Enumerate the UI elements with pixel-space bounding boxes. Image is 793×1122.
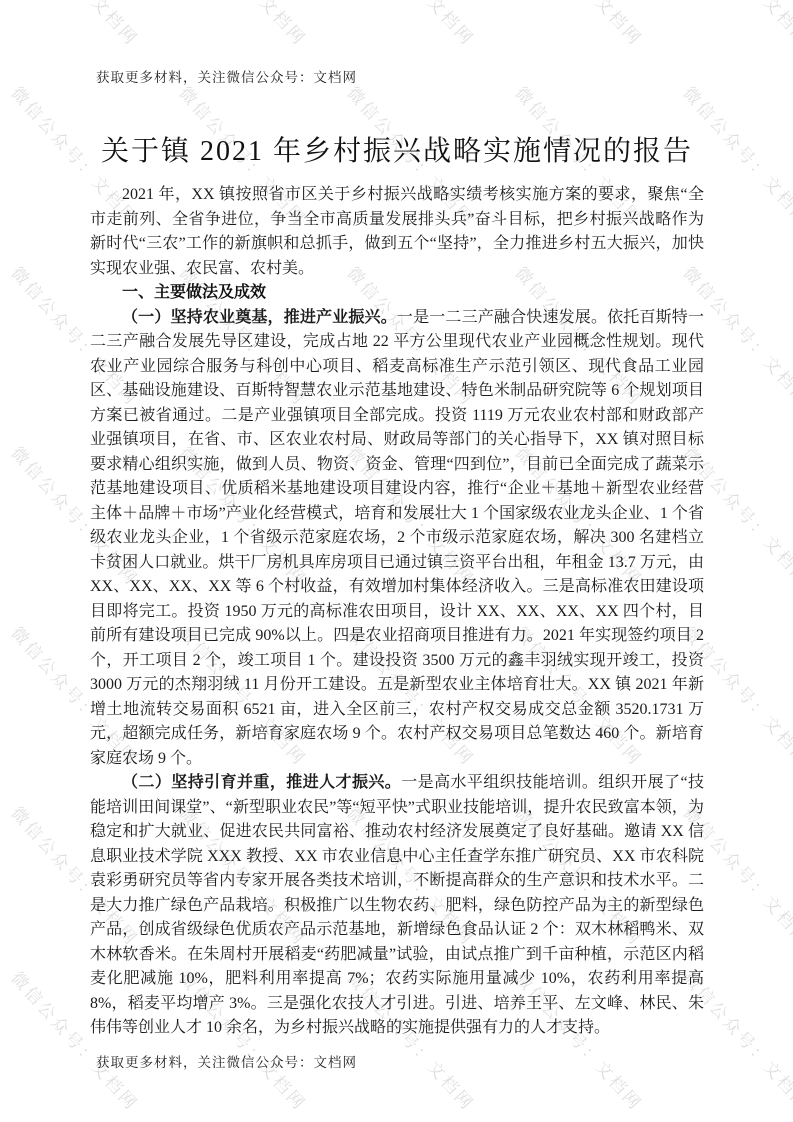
paragraph-text: 一是高水平组织技能培训。组织开展了“技能培训田间课堂”、“新型职业农民”等“短平… bbox=[90, 774, 704, 1036]
footer-note: 获取更多材料，关注微信公众号：文档网 bbox=[96, 1051, 357, 1071]
document-content: 关于镇 2021 年乡村振兴战略实施情况的报告 2021 年，XX 镇按照省市区… bbox=[90, 134, 704, 1041]
page-title: 关于镇 2021 年乡村振兴战略实施情况的报告 bbox=[90, 134, 704, 170]
intro-paragraph: 2021 年，XX 镇按照省市区关于乡村振兴战略实绩考核实施方案的要求，聚焦“全… bbox=[90, 183, 704, 281]
section-heading: 一、主要做法及成效 bbox=[90, 281, 704, 306]
paragraph-lead: （二）坚持引育并重，推进人才振兴。 bbox=[122, 774, 401, 791]
document-page: 微信公众号：文档网微信公众号：文档网微信公众号：文档网微信公众号：文档网微信公众… bbox=[0, 0, 793, 1122]
watermark-text: 微信公众号：文档网 bbox=[174, 0, 313, 50]
paragraph-talent: （二）坚持引育并重，推进人才振兴。一是高水平组织技能培训。组织开展了“技能培训田… bbox=[90, 771, 704, 1041]
paragraph-industry: （一）坚持农业奠基，推进产业振兴。一是一二三产融合快速发展。依托百斯特一二三产融… bbox=[90, 306, 704, 772]
watermark-text: 微信公众号：文档网 bbox=[510, 0, 649, 50]
paragraph-lead: （一）坚持农业奠基，推进产业振兴。 bbox=[122, 309, 397, 326]
paragraph-text: 一是一二三产融合快速发展。依托百斯特一二三产融合发展先导区建设，完成占地 22 … bbox=[90, 309, 704, 767]
header-note: 获取更多材料，关注微信公众号：文档网 bbox=[96, 66, 357, 86]
watermark-text: 微信公众号：文档网 bbox=[342, 0, 481, 50]
watermark-text: 微信公众号：文档网 bbox=[678, 0, 793, 50]
watermark-text: 微信公众号：文档网 bbox=[6, 0, 145, 50]
